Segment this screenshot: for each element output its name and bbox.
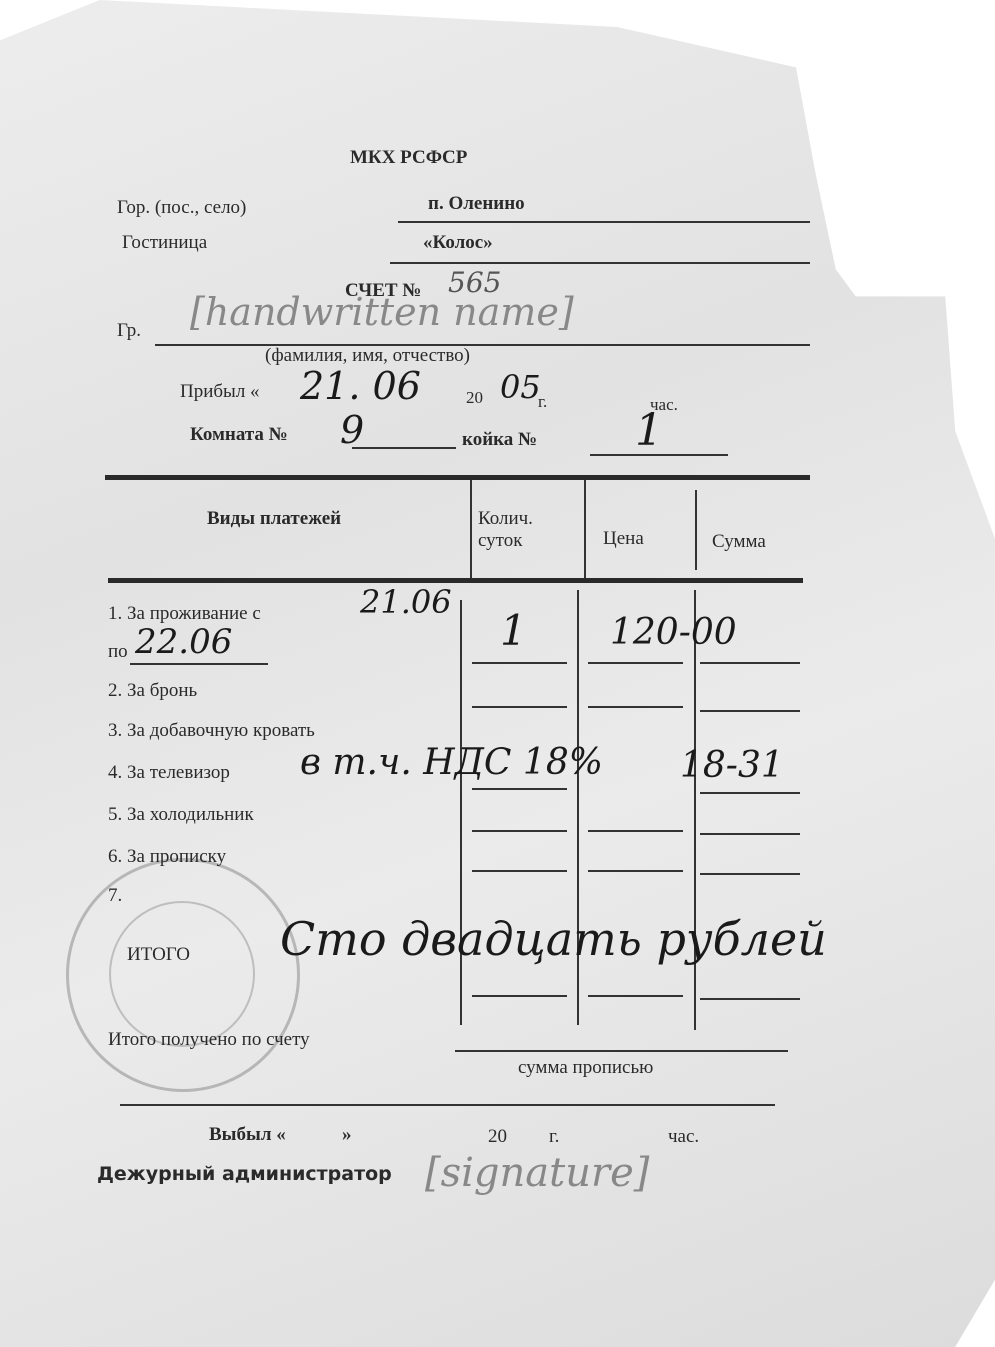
hotel-value: «Колос» [423,232,493,254]
row-extra-bed-label: 3. За добавочную кровать [108,720,315,742]
total-label: ИТОГО [127,944,190,966]
departed-hour-label: час. [668,1126,699,1148]
amount-words-caption: сумма прописью [518,1057,653,1079]
row-booking-label: 2. За бронь [108,680,197,702]
cell-line [700,710,800,712]
received-line [455,1050,788,1052]
cell-line [588,830,683,832]
departed-year-suffix: г. [549,1126,559,1148]
row-fridge-label: 5. За холодильник [108,804,254,826]
guest-line [155,344,810,346]
cell-line [472,995,567,997]
official-stamp [66,858,300,1092]
bed-line [590,454,728,456]
room-label: Комната № [190,424,288,446]
row-accommodation-from: 21.06 [360,583,452,621]
guest-name: [handwritten name] [190,290,574,334]
departed-close: » [342,1124,352,1146]
cell-line [700,998,800,1000]
col-header-days: Колич. суток [478,508,568,552]
row-registration-label: 6. За прописку [108,846,226,868]
table-divider [584,480,586,580]
col-header-sum: Сумма [712,531,766,553]
header-rule [105,475,810,480]
total-words: Сто двадцать рублей [280,912,827,966]
city-label: Гор. (пос., село) [117,197,246,219]
cell-line [700,873,800,875]
ministry-title: МКХ РСФСР [350,147,467,169]
row-accommodation-days: 1 [500,606,527,655]
arrival-year-prefix: 20 [466,388,483,408]
cell-line [472,830,567,832]
col-header-price: Цена [603,528,644,550]
row-tv-note: в т.ч. НДС 18% [300,742,603,783]
arrival-label: Прибыл « [180,381,260,403]
row-accommodation-price: 120-00 [610,612,737,653]
row-7-label: 7. [108,885,122,907]
departed-label: Выбыл « [209,1124,286,1146]
hotel-label: Гостиница [122,232,207,254]
row-accommodation-to-label: по [108,641,128,663]
arrival-year-suffix: г. [538,392,547,412]
bed-number: 1 [635,405,663,456]
col-header-payment-type: Виды платежей [207,508,341,530]
row-to-line [130,663,268,665]
admin-signature: [signature] [425,1150,649,1196]
departed-year-prefix: 20 [488,1126,507,1148]
cell-line [700,792,800,794]
cell-line [472,706,567,708]
hotel-line [390,262,810,264]
room-line [352,447,456,449]
cell-line [700,833,800,835]
cell-line [588,870,683,872]
cell-line [472,788,567,790]
received-label: Итого получено по счету [108,1029,310,1051]
row-tv-amount: 18-31 [680,745,784,786]
admin-label: Дежурный администратор [97,1163,392,1185]
cell-line [472,662,567,664]
arrival-date: 21. 06 [300,364,421,408]
city-value: п. Оленино [428,193,525,215]
guest-label: Гр. [117,320,141,342]
cell-line [588,706,683,708]
row-accommodation-to: 22.06 [135,622,232,662]
footer-line [120,1104,775,1106]
arrival-year: 05 [500,368,541,406]
room-number: 9 [340,408,364,452]
cell-line [588,662,683,664]
row-tv-label: 4. За телевизор [108,762,230,784]
table-divider [695,490,697,570]
cell-line [472,870,567,872]
table-header-rule [108,578,803,583]
cell-line [588,995,683,997]
bed-label: койка № [462,429,537,451]
table-divider [470,480,472,580]
cell-line [700,662,800,664]
city-line [398,221,810,223]
